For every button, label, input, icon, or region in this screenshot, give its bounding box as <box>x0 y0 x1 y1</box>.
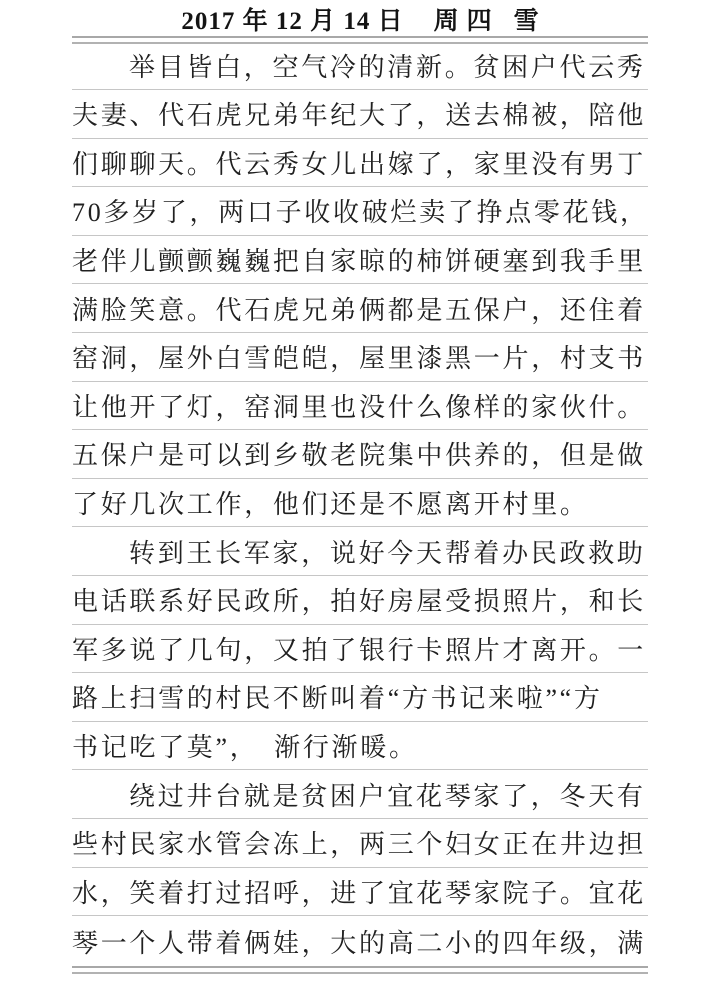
diary-line: 书记吃了莫”， 渐行渐暖。 <box>72 722 648 771</box>
diary-line: 满脸笑意。代石虎兄弟俩都是五保户，还住着 <box>72 284 648 333</box>
title-weekday: 周四 <box>434 8 500 36</box>
ruled-sheet: 举目皆白，空气冷的清新。贫困户代云秀夫妻、代石虎兄弟年纪大了，送去棉被，陪他们聊… <box>72 36 648 974</box>
diary-page: 2017 年 12 月 14 日 周四 雪 举目皆白，空气冷的清新。贫困户代云秀… <box>0 0 720 989</box>
diary-line: 们聊聊天。代云秀女儿出嫁了，家里没有男丁 <box>72 139 648 188</box>
diary-line: 了好几次工作，他们还是不愿离开村里。 <box>72 479 648 528</box>
diary-line: 老伴儿颤颤巍巍把自家晾的柿饼硬塞到我手里 <box>72 236 648 285</box>
diary-line: 五保户是可以到乡敬老院集中供养的，但是做 <box>72 430 648 479</box>
diary-line: 让他开了灯，窑洞里也没什么像样的家伙什。 <box>72 382 648 431</box>
diary-line: 70多岁了，两口子收收破烂卖了挣点零花钱， <box>72 187 648 236</box>
diary-line: 水，笑着打过招呼，进了宜花琴家院子。宜花 <box>72 868 648 917</box>
diary-line: 路上扫雪的村民不断叫着“方书记来啦”“方 <box>72 673 648 722</box>
diary-line: 举目皆白，空气冷的清新。贫困户代云秀 <box>72 44 648 90</box>
diary-line: 窑洞，屋外白雪皑皑，屋里漆黑一片，村支书 <box>72 333 648 382</box>
page-title: 2017 年 12 月 14 日 周四 雪 <box>0 0 720 36</box>
diary-line: 电话联系好民政所，拍好房屋受损照片，和长 <box>72 576 648 625</box>
title-weather: 雪 <box>514 8 539 36</box>
diary-line: 些村民家水管会冻上，两三个妇女正在井边担 <box>72 819 648 868</box>
diary-text-lines: 举目皆白，空气冷的清新。贫困户代云秀夫妻、代石虎兄弟年纪大了，送去棉被，陪他们聊… <box>72 44 648 966</box>
diary-line: 绕过井台就是贫困户宜花琴家了，冬天有 <box>72 770 648 819</box>
header-divider <box>72 36 648 44</box>
diary-line: 琴一个人带着俩娃，大的高二小的四年级，满 <box>72 916 648 966</box>
title-date: 2017 年 12 月 14 日 <box>181 8 403 36</box>
diary-line: 转到王长军家，说好今天帮着办民政救助 <box>72 527 648 576</box>
diary-line: 军多说了几句，又拍了银行卡照片才离开。一 <box>72 625 648 674</box>
diary-line: 夫妻、代石虎兄弟年纪大了，送去棉被，陪他 <box>72 90 648 139</box>
footer-divider <box>72 966 648 974</box>
